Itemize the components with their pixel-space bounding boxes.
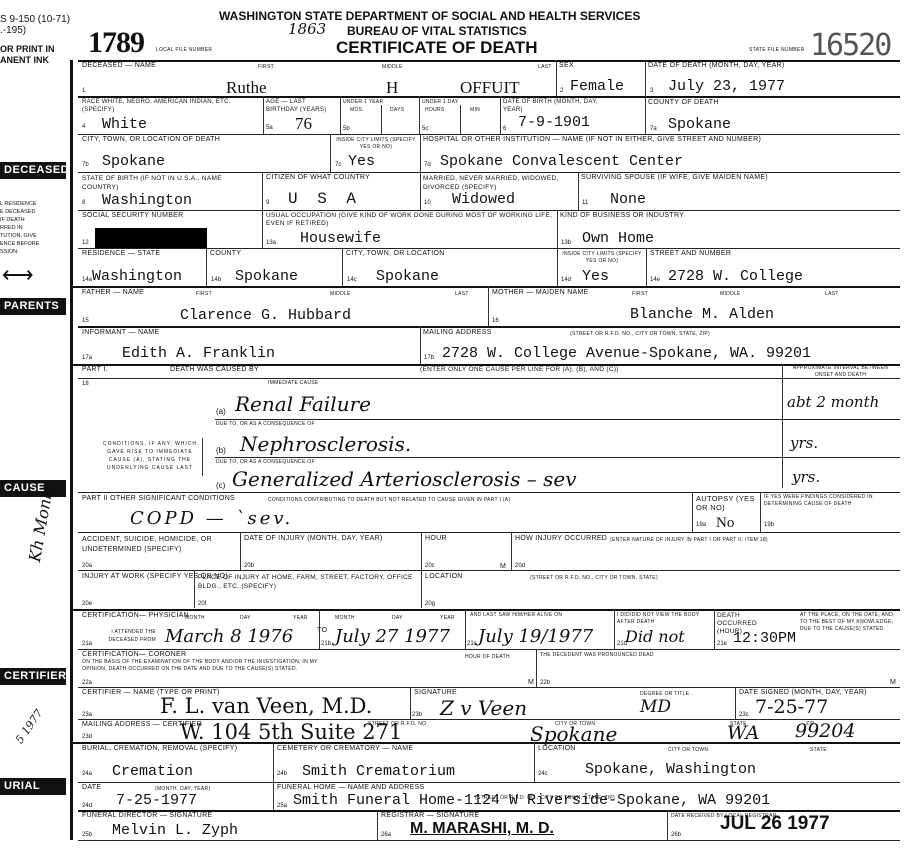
- registrar-value: M. MARASHI, M. D.: [410, 820, 554, 838]
- item-number: 1: [82, 88, 85, 94]
- informant-address-label: MAILING ADDRESS: [423, 329, 492, 336]
- spouse-value: None: [610, 191, 646, 208]
- note-line: E DECEASED: [0, 208, 39, 216]
- deceased-last: OFFUIT: [460, 78, 520, 98]
- item-number: 16: [492, 318, 499, 324]
- how-label: HOW INJURY OCCURRED: [515, 535, 607, 542]
- view-value: Did not: [625, 627, 685, 646]
- coroner-note: ON THE BASIS OF THE EXAMINATION OF THE B…: [82, 659, 342, 673]
- mother-middle-label: MIDDLE: [720, 291, 741, 297]
- due-to-label-1: DUE TO, OR AS A CONSEQUENCE OF: [216, 421, 315, 427]
- funeral-home-value: Smith Funeral Home-1124 W Riverside-Spok…: [293, 792, 770, 809]
- local-file-label: LOCAL FILE NUMBER: [156, 47, 212, 53]
- state-file-label: STATE FILE NUMBER: [749, 47, 804, 53]
- item-number: 4: [82, 124, 85, 130]
- ink-instruction: OR PRINT IN ANENT INK: [0, 44, 55, 66]
- mos-label: MOS.: [350, 107, 364, 113]
- note-line: IF DEATH: [0, 216, 39, 224]
- res-city-label: CITY, TOWN, OR LOCATION: [346, 250, 445, 257]
- item-number: 19a: [696, 522, 706, 528]
- residence-note: L RESIDENCE E DECEASED IF DEATH RRED IN …: [0, 200, 39, 256]
- days-label: DAYS: [390, 107, 404, 113]
- pronounced-label: THE DECEDENT WAS PRONOUNCED DEAD: [540, 652, 654, 658]
- item-number: 20g: [425, 601, 435, 607]
- state-birth-label: STATE OF BIRTH (IF NOT IN U.S.A., NAME C…: [82, 174, 257, 192]
- meridiem-label: M: [500, 563, 506, 570]
- meridiem-label: M: [528, 679, 534, 686]
- day-label-2: DAY: [392, 615, 403, 621]
- item-number: 21b: [321, 641, 331, 647]
- item-number: 14e: [650, 277, 660, 283]
- part2-hint: CONDITIONS CONTRIBUTING TO DEATH BUT NOT…: [268, 497, 510, 503]
- occupation-value: Housewife: [300, 230, 381, 247]
- item-number: 11: [582, 200, 588, 206]
- certifier-address: W. 104 5th Suite 271: [180, 720, 402, 744]
- agency-name: WASHINGTON STATE DEPARTMENT OF SOCIAL AN…: [219, 9, 640, 23]
- burial-method: Cremation: [112, 763, 193, 780]
- local-file-number: 1789: [88, 26, 144, 60]
- tab-certifier: CERTIFIER: [0, 668, 66, 685]
- item-number: 14b: [211, 277, 221, 283]
- occurred-note: AT THE PLACE, ON THE DATE, AND, TO THE B…: [800, 612, 900, 633]
- how-hint: (ENTER NATURE OF INJURY IN PART I OR PAR…: [610, 537, 768, 543]
- item-number: 24b: [277, 771, 287, 777]
- citizen-value: U S A: [288, 190, 361, 208]
- occurred-value: 12:30PM: [733, 630, 796, 647]
- business-label: KIND OF BUSINESS OR INDUSTRY: [560, 212, 684, 219]
- injury-date-label: DATE OF INJURY (MONTH, DAY, YEAR): [244, 535, 383, 542]
- hospital-label: HOSPITAL OR OTHER INSTITUTION — NAME (IF…: [423, 136, 761, 143]
- item-number: 20a: [82, 563, 92, 569]
- day-label: DAY: [240, 615, 251, 621]
- informant-address: 2728 W. College Avenue-Spokane, WA. 9920…: [442, 345, 811, 362]
- under-day-label: UNDER 1 DAY: [422, 99, 459, 105]
- item-number: (b): [216, 446, 226, 455]
- state-birth-value: Washington: [102, 192, 192, 209]
- age-value: 76: [295, 114, 312, 134]
- note-line: RRED IN: [0, 224, 39, 232]
- hour-of-death-label: HOUR OF DEATH: [465, 654, 510, 660]
- dob-label: DATE OF BIRTH (MONTH, DAY, YEAR): [503, 98, 603, 114]
- cause-b: Nephrosclerosis.: [240, 432, 411, 456]
- last-saw-label: AND LAST SAW HIM/HER ALIVE ON: [470, 612, 562, 618]
- item-number: 12: [82, 240, 89, 246]
- ssn-label: SOCIAL SECURITY NUMBER: [82, 212, 184, 219]
- one-cause-label: (ENTER ONLY ONE CAUSE PER LINE FOR (a), …: [420, 366, 619, 373]
- cemetery-value: Smith Crematorium: [302, 763, 455, 780]
- street-label: STREET AND NUMBER: [650, 250, 731, 257]
- form-code: S 9-150 (10-71) .-195): [0, 14, 70, 36]
- director-label: FUNERAL DIRECTOR — SIGNATURE: [82, 812, 212, 819]
- autopsy-value: No: [716, 515, 734, 532]
- item-number: 21e: [717, 641, 727, 647]
- mother-first-label: FIRST: [632, 291, 648, 297]
- dob-value: 7-9-1901: [518, 114, 590, 131]
- item-number: 20d: [515, 563, 525, 569]
- cause-c: Generalized Arteriosclerosis – sev: [232, 467, 577, 491]
- first-label: FIRST: [258, 64, 274, 70]
- father-first-label: FIRST: [196, 291, 212, 297]
- min-label: MIN: [470, 107, 480, 113]
- month-label-2: MONTH: [335, 615, 355, 621]
- father-last-label: LAST: [455, 291, 469, 297]
- director-value: Melvin L. Zyph: [112, 822, 238, 839]
- sex-value: Female: [570, 78, 624, 95]
- margin-signature: Kh Monk: [25, 488, 56, 564]
- funeral-home-label: FUNERAL HOME — NAME AND ADDRESS: [277, 784, 425, 791]
- inside-limits-label: INSIDE CITY LIMITS (SPECIFY YES OR NO): [334, 137, 418, 151]
- part1-label: PART I.: [82, 366, 108, 373]
- tab-burial: URIAL: [0, 778, 66, 795]
- item-number: 7d: [424, 162, 431, 168]
- county-value: Spokane: [668, 116, 731, 133]
- item-number: 21a: [82, 641, 92, 647]
- item-number: 22b: [540, 680, 550, 686]
- location-hint: (STREET OR R.F.D. NO., CITY OR TOWN, STA…: [530, 575, 658, 581]
- place-label: PLACE OF INJURY AT HOME, FARM, STREET, F…: [198, 573, 418, 591]
- burial-date: 7-25-1977: [116, 792, 197, 809]
- note-line: ENCE BEFORE: [0, 240, 39, 248]
- mother-name: Blanche M. Alden: [630, 306, 774, 323]
- note-line: SSION.: [0, 248, 39, 256]
- year-label-2: YEAR: [440, 615, 455, 621]
- item-number: 18: [82, 381, 89, 387]
- item-number: 14a: [82, 277, 92, 283]
- cause-a-interval: abt 2 month: [787, 393, 879, 411]
- part2-label: PART II OTHER SIGNIFICANT CONDITIONS: [82, 495, 235, 502]
- bureau-name: BUREAU OF VITAL STATISTICS: [347, 24, 527, 38]
- date-of-death-label: DATE OF DEATH (MONTH, DAY, YEAR): [648, 62, 785, 69]
- item-number: 20f: [198, 601, 206, 607]
- item-number: 20b: [244, 563, 254, 569]
- tab-cause: CAUSE: [0, 480, 66, 497]
- item-number: 21c: [467, 641, 477, 647]
- last-label: LAST: [538, 64, 552, 70]
- informant-address-hint: (STREET OR R.F.D. NO., CITY OR TOWN, STA…: [570, 331, 710, 337]
- registrar-label: REGISTRAR — SIGNATURE: [381, 812, 479, 819]
- immediate-cause-label: IMMEDIATE CAUSE: [268, 380, 319, 386]
- informant-label: INFORMANT — NAME: [82, 329, 159, 336]
- findings-label: IF YES WERE FINDINGS CONSIDERED IN DETER…: [764, 494, 899, 508]
- certifier-state: WA: [727, 722, 759, 744]
- form-code-line-1: S 9-150 (10-71): [0, 14, 70, 25]
- burial-city-hint: CITY OR TOWN: [668, 747, 708, 753]
- caused-by-label: DEATH WAS CAUSED BY: [170, 366, 259, 373]
- item-number: 9: [266, 200, 269, 206]
- interval-label: APPROXIMATE INTERVAL BETWEEN ONSET AND D…: [783, 365, 898, 379]
- item-number: 13b: [561, 240, 571, 246]
- item-number: 20e: [82, 601, 92, 607]
- cause-b-interval: yrs.: [790, 434, 818, 452]
- item-number: 7a: [650, 126, 657, 132]
- item-number: 6: [503, 126, 506, 132]
- item-number: 17b: [424, 355, 434, 361]
- item-number: 7c: [335, 162, 341, 168]
- cause-a: Renal Failure: [235, 392, 371, 416]
- mother-last-label: LAST: [825, 291, 839, 297]
- item-number: 23a: [82, 712, 92, 718]
- note-line: TUTION, GIVE: [0, 232, 39, 240]
- cause-c-interval: yrs.: [792, 468, 820, 486]
- date-signed-label: DATE SIGNED (MONTH, DAY, YEAR): [739, 689, 867, 696]
- instruction-line-1: OR PRINT IN: [0, 44, 55, 55]
- item-number: 26b: [671, 832, 681, 838]
- item-number: 13a: [266, 240, 276, 246]
- father-label: FATHER — NAME: [82, 289, 144, 296]
- occupation-label: USUAL OCCUPATION (GIVE KIND OF WORK DONE…: [266, 212, 556, 228]
- location-label: LOCATION: [425, 573, 463, 580]
- accident-label: ACCIDENT, SUICIDE, HOMICIDE, OR UNDETERM…: [82, 535, 242, 555]
- race-label: RACE WHITE, NEGRO, AMERICAN INDIAN, ETC.…: [82, 98, 252, 114]
- res-inside-label: INSIDE CITY LIMITS (SPECIFY YES OR NO): [560, 251, 644, 265]
- tab-deceased: DECEASED: [0, 162, 66, 179]
- item-number: 24a: [82, 771, 92, 777]
- citizen-label: CITIZEN OF WHAT COUNTRY: [266, 174, 370, 181]
- item-number: (c): [216, 481, 225, 490]
- part2-value: COPD — ˋsev.: [130, 508, 293, 529]
- certificate-title: CERTIFICATE OF DEATH: [336, 38, 537, 58]
- item-number: 2: [560, 88, 563, 94]
- middle-label: MIDDLE: [382, 64, 403, 70]
- certifier-zip: 99204: [795, 720, 855, 742]
- hours-label: HOURS: [425, 107, 445, 113]
- certifier-name: F. L. van Veen, M.D.: [160, 694, 372, 718]
- race-value: White: [102, 116, 147, 133]
- inside-limits-value: Yes: [348, 153, 375, 170]
- burial-location: Spokane, Washington: [585, 761, 756, 778]
- informant-name: Edith A. Franklin: [122, 345, 275, 362]
- item-number: 22a: [82, 680, 92, 686]
- tab-parents: PARENTS: [0, 298, 66, 315]
- item-number: 24c: [538, 771, 548, 777]
- res-inside-value: Yes: [582, 268, 609, 285]
- view-label: I DID/DID NOT VIEW THE BODY AFTER DEATH: [617, 612, 712, 626]
- under-year-label: UNDER 1 YEAR: [343, 99, 383, 105]
- handwritten-number: 1863: [288, 20, 326, 38]
- hour-label: HOUR: [425, 535, 447, 542]
- date-of-death-value: July 23, 1977: [668, 78, 785, 95]
- deceased-first: Ruthe: [226, 78, 267, 98]
- item-number: 3: [650, 88, 653, 94]
- age-label: AGE — LAST BIRTHDAY (YEARS): [266, 98, 338, 114]
- item-number: 25a: [277, 803, 287, 809]
- state-file-number: 16520: [810, 28, 890, 63]
- received-stamp: JUL 26 1977: [720, 813, 830, 835]
- year-label: YEAR: [293, 615, 308, 621]
- item-number: 23d: [82, 734, 92, 740]
- item-number: 10: [424, 200, 431, 206]
- burial-date-label: DATE: [82, 784, 101, 791]
- mother-label: MOTHER — MAIDEN NAME: [492, 289, 589, 296]
- conditions-note: CONDITIONS, IF ANY, WHICH GAVE RISE TO I…: [95, 440, 205, 472]
- father-name: Clarence G. Hubbard: [180, 307, 351, 324]
- item-number: 20c: [425, 563, 435, 569]
- item-number: 25b: [82, 832, 92, 838]
- meridiem-label: M: [890, 679, 896, 686]
- item-number: 7b: [82, 162, 89, 168]
- sex-label: SEX: [559, 62, 574, 69]
- last-saw-value: July 19/1977: [478, 626, 593, 647]
- attended-label: I ATTENDED THE DECEASED FROM: [96, 628, 156, 644]
- note-line: L RESIDENCE: [0, 200, 39, 208]
- ssn-redacted: [95, 228, 207, 248]
- father-middle-label: MIDDLE: [330, 291, 351, 297]
- item-number: 8: [82, 200, 85, 206]
- certifier-signature: Z v Veen: [440, 696, 527, 720]
- burial-state-hint: STATE: [810, 747, 827, 753]
- attended-from: March 8 1976: [165, 626, 293, 647]
- month-label: MONTH: [185, 615, 205, 621]
- item-number: 5a: [266, 125, 273, 131]
- burial-location-label: LOCATION: [538, 745, 576, 752]
- margin-note: 5 1977: [13, 707, 46, 746]
- degree-value: MD: [640, 697, 671, 717]
- item-number: 5b: [343, 126, 350, 132]
- item-number: (a): [216, 407, 226, 416]
- item-number: 23c: [739, 712, 749, 718]
- name-label: DECEASED — NAME: [82, 62, 156, 69]
- item-number: 17a: [82, 355, 92, 361]
- coroner-label: CERTIFICATION— CORONER: [82, 651, 186, 658]
- res-state-value: Washington: [92, 268, 182, 285]
- city-value: Spokane: [102, 153, 165, 170]
- item-number: 5c: [422, 126, 428, 132]
- item-number: 19b: [764, 522, 774, 528]
- item-number: 26a: [381, 832, 391, 838]
- deceased-middle: H: [386, 78, 398, 98]
- form-code-line-2: .-195): [0, 25, 70, 36]
- spouse-label: SURVIVING SPOUSE (IF WIFE, GIVE MAIDEN N…: [581, 174, 768, 181]
- res-county-label: COUNTY: [210, 250, 241, 257]
- item-number: 24d: [82, 803, 92, 809]
- res-city-value: Spokane: [376, 268, 439, 285]
- double-arrow-icon: ⟷: [2, 262, 34, 288]
- county-label: COUNTY OF DEATH: [648, 99, 719, 106]
- item-number: 15: [82, 318, 89, 324]
- item-number: 14d: [561, 277, 571, 283]
- burial-method-label: BURIAL, CREMATION, REMOVAL (SPECIFY): [82, 745, 237, 752]
- cert-physician-label: CERTIFICATION— PHYSICIAN: [82, 612, 189, 619]
- marital-value: Widowed: [452, 191, 515, 208]
- signature-label: SIGNATURE: [414, 689, 457, 696]
- marital-label: MARRIED, NEVER MARRIED, WIDOWED, DIVORCE…: [423, 174, 573, 192]
- hospital-value: Spokane Convalescent Center: [440, 153, 683, 170]
- autopsy-label: AUTOPSY (YES OR NO): [696, 494, 756, 512]
- city-label: CITY, TOWN, OR LOCATION OF DEATH: [82, 136, 220, 143]
- street-value: 2728 W. College: [668, 268, 803, 285]
- attended-to: July 27 1977: [335, 626, 450, 647]
- res-state-label: RESIDENCE — STATE: [82, 250, 160, 257]
- item-number: 23b: [412, 712, 422, 718]
- business-value: Own Home: [582, 230, 654, 247]
- cemetery-label: CEMETERY OR CREMATORY — NAME: [277, 745, 413, 752]
- date-signed-value: 7-25-77: [755, 696, 828, 718]
- item-number: 14c: [347, 277, 357, 283]
- res-county-value: Spokane: [235, 268, 298, 285]
- instruction-line-2: ANENT INK: [0, 55, 55, 66]
- due-to-label-2: DUE TO, OR AS A CONSEQUENCE OF: [216, 459, 315, 465]
